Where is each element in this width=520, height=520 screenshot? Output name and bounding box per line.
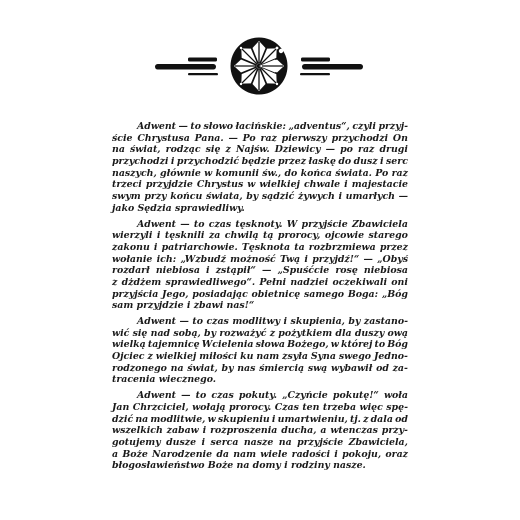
text-line: tracenia wiecznego. [112, 374, 408, 386]
text-line: ścieChrystusaPana.—Porazpierwszyprzychod… [112, 133, 408, 145]
text-line: gotujemyduszeisercanaszenaprzyjścieZbawi… [112, 437, 408, 449]
text-line: przyjściaJego,posiadającobietnicęsamegoB… [112, 289, 408, 301]
text-line: błogosławieństwo Boże na domy i rodziny … [112, 460, 408, 472]
paragraph: Adwent—toczasmodlitwyiskupienia,byzastan… [112, 316, 408, 386]
text-line: naszych,główniewkomuniiśw.,dokońcaświata… [112, 168, 408, 180]
text-line: Adwent—tosłowołacińskie:„adventus“,czyli… [112, 121, 408, 133]
text-line: OjcieczwielkiejmiłościkunamzsyłaSynasweg… [112, 351, 408, 363]
article-text: Adwent—tosłowołacińskie:„adventus“,czyli… [112, 121, 408, 476]
text-line: wszelkichzabawirozproszeniaducha,awtencz… [112, 425, 408, 437]
text-line: swymprzykońcuświata,bysądzićżywychiumarł… [112, 191, 408, 203]
text-line: rodzonegonaświat,bynasśmierciąswąwybawił… [112, 363, 408, 375]
text-line: wielkątajemnicęWcieleniasłowaBożego,wktó… [112, 339, 408, 351]
text-line: wićsięnadsobą,byrozważyćzpożytkiemdladus… [112, 328, 408, 340]
text-line: wierzyliitęsknilizachwilątąprorocy,ojcow… [112, 230, 408, 242]
text-line: Adwent—toczaspokuty.„Czyńciepokutę!“woła [112, 390, 408, 402]
rosette-icon [231, 38, 288, 95]
text-line: dzićnamodlitwie,wskupieniuiumartwieniu,t… [112, 414, 408, 426]
text-line: zakonuipatriarchowie.Tęsknotatarozbrzmie… [112, 242, 408, 254]
paragraph: Adwent—tosłowołacińskie:„adventus“,czyli… [112, 121, 408, 215]
left-dash-rule [155, 58, 218, 76]
text-line: Adwent—toczasmodlitwyiskupienia,byzastan… [112, 316, 408, 328]
right-dash-rule [300, 58, 363, 76]
rosette-divider-ornament [150, 35, 370, 99]
text-line: jako Sędzia sprawiedliwy. [112, 203, 408, 215]
paragraph: Adwent—toczaspokuty.„Czyńciepokutę!“woła… [112, 390, 408, 472]
text-line: wołanieich:„WzbudźmożnośćTwąiprzyjdź!“—„… [112, 254, 408, 266]
text-line: JanChrzciciel,wołająprorocy.Czastentrzeb… [112, 402, 408, 414]
text-line: naświat,rodzącsięzNajśw.Dziewicy—porazdr… [112, 144, 408, 156]
text-line: rozdarłniebiosaizstąpił“—„Spuśćcierosęni… [112, 265, 408, 277]
text-line: trzeciprzyjdzieChrystuswwielkiejchwaleim… [112, 179, 408, 191]
text-line: przychodziiprzychodzićbędzieprzezłaskędo… [112, 156, 408, 168]
paragraph: Adwent—toczastęsknoty.WprzyjścieZbawicie… [112, 219, 408, 313]
text-line: aBożeNarodzeniedanamwieleradościipokoju,… [112, 449, 408, 461]
scanned-book-page: Adwent—tosłowołacińskie:„adventus“,czyli… [0, 0, 520, 520]
text-line: zdżdżemsprawiedliwego“.Pełninadzieioczek… [112, 277, 408, 289]
text-line: sam przyjdzie i zbawi nas!“ [112, 300, 408, 312]
text-line: Adwent—toczastęsknoty.WprzyjścieZbawicie… [112, 219, 408, 231]
